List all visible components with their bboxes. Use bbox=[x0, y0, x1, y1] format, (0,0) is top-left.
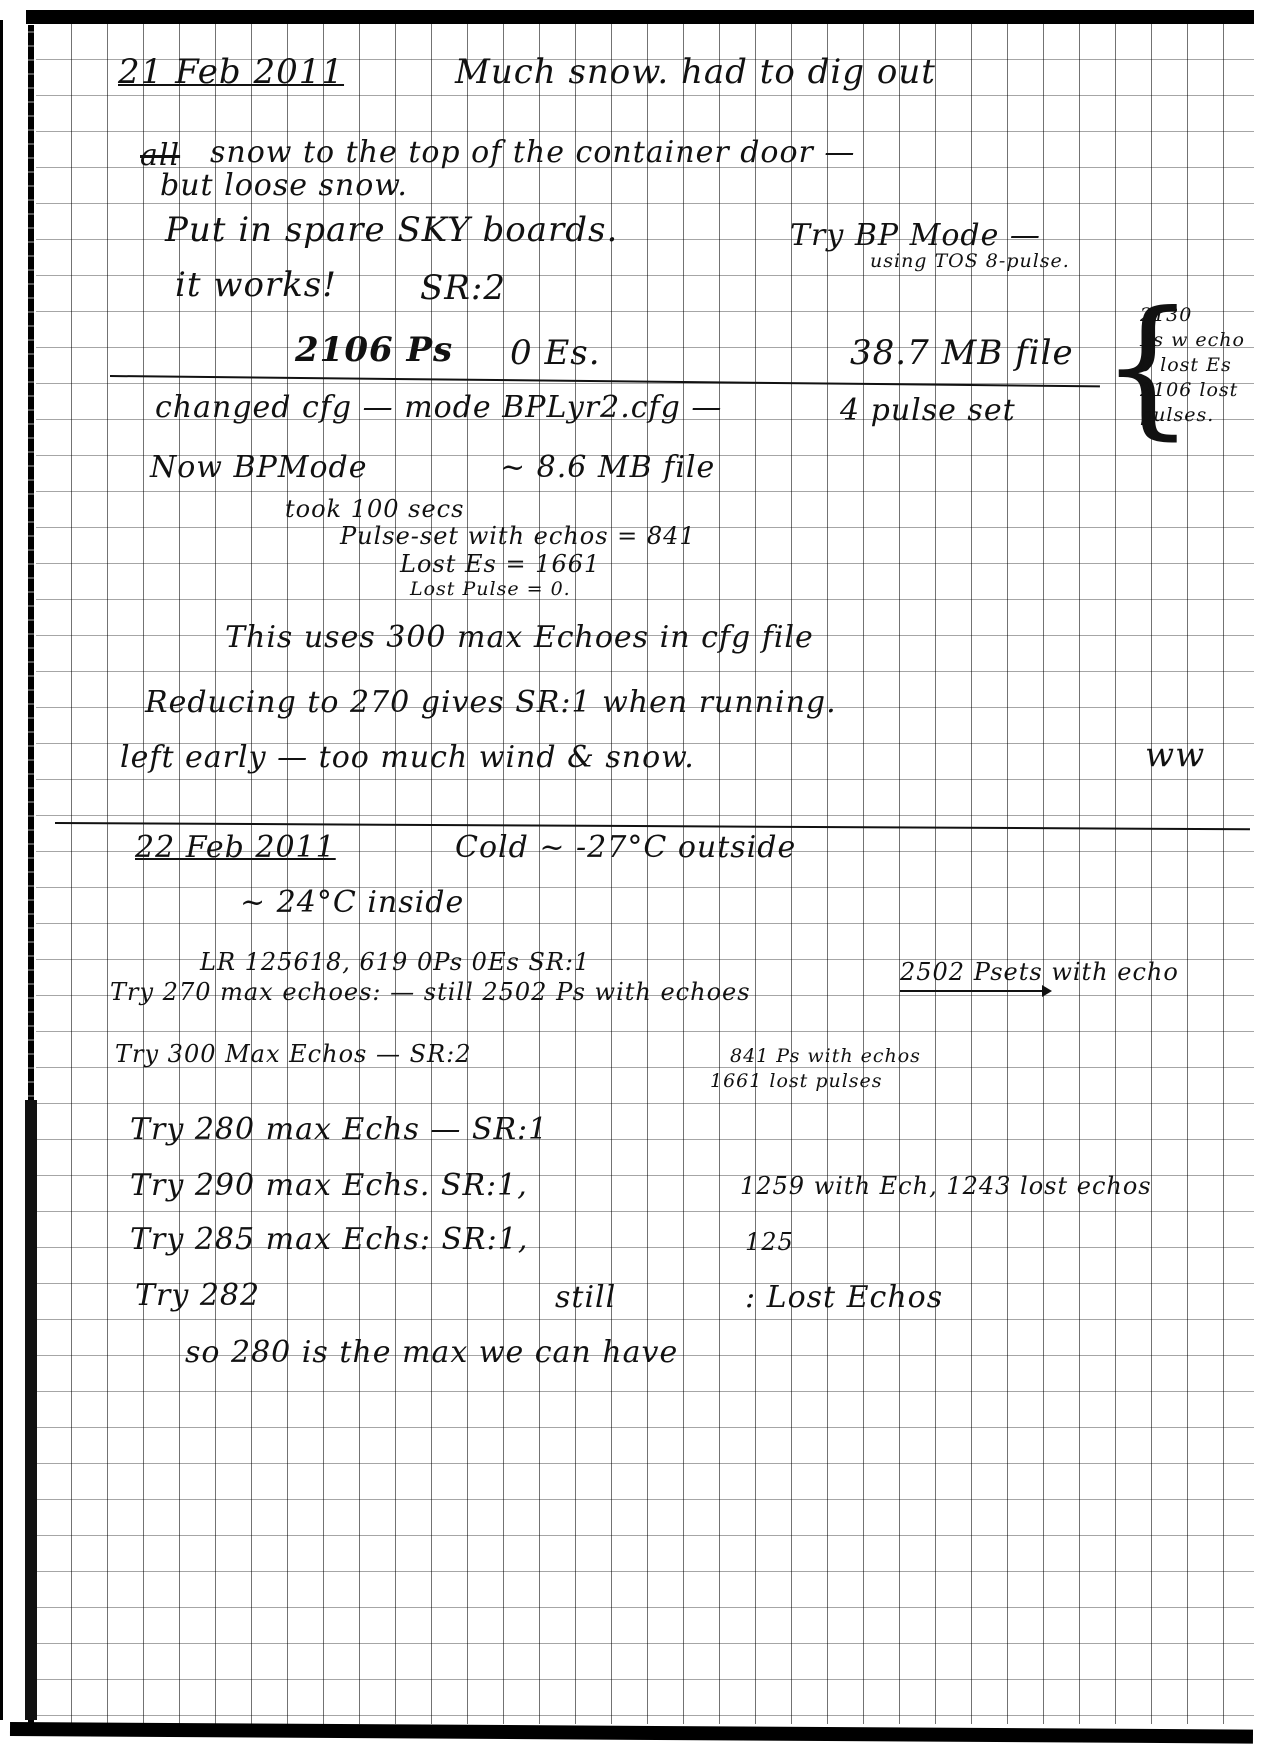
note-line: 1661 lost pulses bbox=[710, 1070, 883, 1092]
note-line: Lost Es = 1661 bbox=[400, 550, 600, 578]
side-note-line: 0 lost Es bbox=[1140, 353, 1245, 378]
note-line: ~ 24°C inside bbox=[240, 885, 464, 920]
notebook-page: 21 Feb 2011 Much snow. had to dig out al… bbox=[0, 0, 1275, 1754]
side-note-line: 2130 bbox=[1140, 303, 1245, 328]
note-line: : Lost Echos bbox=[745, 1280, 943, 1315]
note-line: Try 280 max Echs — SR:1 bbox=[130, 1112, 548, 1147]
note-line: Try 270 max echoes: — still 2502 Ps with… bbox=[110, 978, 751, 1006]
scan-border-left bbox=[0, 20, 3, 1720]
note-line: Try 285 max Echs: SR:1, bbox=[130, 1222, 528, 1257]
note-line: took 100 secs bbox=[285, 495, 464, 523]
note-line: Much snow. had to dig out bbox=[455, 52, 936, 92]
note-line: Cold ~ -27°C outside bbox=[455, 830, 796, 865]
side-note-line: Ps w echo bbox=[1140, 328, 1245, 353]
note-line: Put in spare SKY boards. bbox=[165, 210, 618, 250]
note-line: This uses 300 max Echoes in cfg file bbox=[225, 620, 814, 655]
note-line: 2502 Psets with echo bbox=[900, 958, 1179, 986]
note-line: SR:2 bbox=[420, 268, 506, 308]
note-line: 841 Ps with echos bbox=[730, 1045, 921, 1067]
note-line: still bbox=[555, 1280, 616, 1315]
note-line: 4 pulse set bbox=[840, 393, 1016, 428]
note-line: 125 bbox=[745, 1228, 794, 1256]
note-line: but loose snow. bbox=[160, 168, 408, 203]
note-line: it works! bbox=[175, 265, 337, 305]
note-line: 1259 with Ech, 1243 lost echos bbox=[740, 1172, 1152, 1200]
note-line: snow to the top of the container door — bbox=[210, 135, 855, 170]
conclusion: so 280 is the max we can have bbox=[185, 1335, 678, 1370]
note-line: Lost Pulse = 0. bbox=[410, 578, 571, 600]
side-note-line: 2106 lost bbox=[1140, 378, 1245, 403]
note-line: Pulse-set with echos = 841 bbox=[340, 522, 696, 550]
result-file-size: 38.7 MB file bbox=[850, 333, 1074, 373]
note-line: using TOS 8-pulse. bbox=[870, 250, 1070, 272]
arrow bbox=[900, 990, 1050, 992]
note-line: ~ 8.6 MB file bbox=[500, 450, 715, 485]
side-note-line: pulses. bbox=[1140, 403, 1245, 428]
side-note: 2130 Ps w echo 0 lost Es 2106 lost pulse… bbox=[1140, 303, 1245, 428]
note-line: Now BPMode bbox=[150, 450, 368, 485]
note-line: changed cfg — mode BPLyr2.cfg — bbox=[155, 390, 722, 425]
result-pulses: 2106 Ps bbox=[295, 330, 453, 370]
entry-date: 21 Feb 2011 bbox=[118, 52, 344, 92]
note-line: Try 290 max Echs. SR:1, bbox=[130, 1168, 528, 1203]
note-line: Reducing to 270 gives SR:1 when running. bbox=[145, 685, 837, 720]
note-line: left early — too much wind & snow. bbox=[120, 740, 695, 775]
note-line: Try BP Mode — bbox=[790, 218, 1041, 253]
entry-date: 22 Feb 2011 bbox=[135, 830, 336, 865]
note-line: Try 282 bbox=[135, 1278, 260, 1313]
note-line: LR 125618, 619 0Ps 0Es SR:1 bbox=[200, 948, 590, 976]
scan-border-bottom bbox=[10, 1722, 1253, 1744]
initials: ww bbox=[1145, 735, 1205, 775]
result-echoes: 0 Es. bbox=[510, 333, 601, 373]
scan-border-top bbox=[26, 10, 1254, 24]
note-line: Try 300 Max Echos — SR:2 bbox=[115, 1040, 471, 1068]
notebook-spine-shadow bbox=[25, 1100, 37, 1720]
